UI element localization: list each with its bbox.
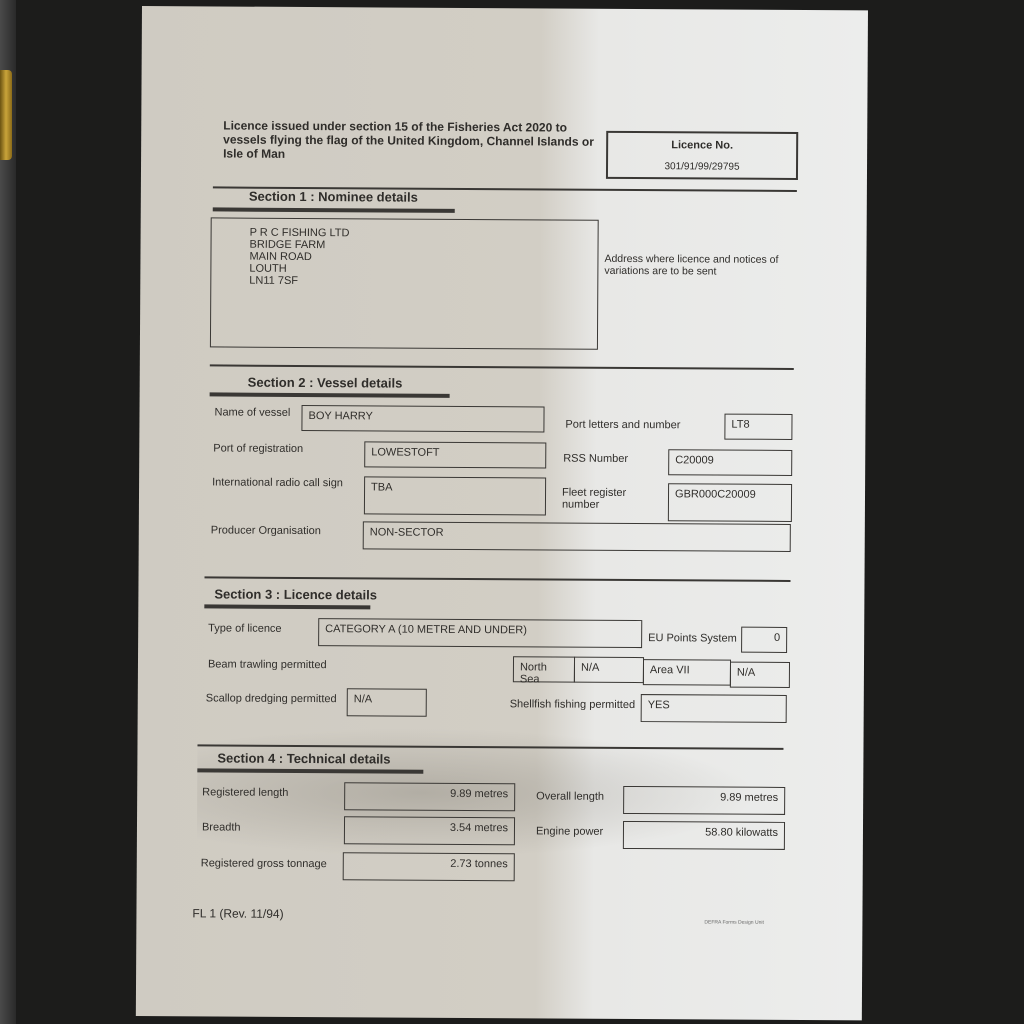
engine-power-field: 58.80 kilowatts [623,821,785,850]
section3-underline [204,604,370,609]
licence-intro: Licence issued under section 15 of the F… [223,118,603,162]
address-note: Address where licence and notices of var… [604,253,794,278]
licence-number: 301/91/99/29795 [608,161,796,173]
eu-points-label: EU Points System [648,632,737,645]
scallop-label: Scallop dredging permitted [206,692,337,705]
section4-underline [197,768,423,773]
section2-underline [210,392,450,397]
licence-type-field: CATEGORY A (10 METRE AND UNDER) [318,618,642,648]
overall-length-field: 9.89 metres [623,786,785,815]
section2-title: Section 2 : Vessel details [248,375,403,391]
engine-power-label: Engine power [536,825,603,837]
eu-points-field: 0 [741,627,787,653]
shellfish-field: YES [641,694,787,723]
gross-tonnage-field: 2.73 tonnes [343,852,515,881]
port-letters-field: LT8 [724,414,792,440]
section4-rule [197,744,783,750]
gross-tonnage-label: Registered gross tonnage [201,857,327,870]
registered-length-field: 9.89 metres [344,782,515,811]
producer-org-field: NON-SECTOR [363,521,791,552]
vessel-name-label: Name of vessel [214,406,290,418]
shellfish-label: Shellfish fishing permitted [510,698,635,711]
area-vii-label: Area VII [643,659,731,686]
north-sea-label: North Sea [513,656,575,682]
breadth-field: 3.54 metres [344,816,515,845]
north-sea-field: N/A [574,657,644,683]
nominee-address-box: P R C FISHING LTD BRIDGE FARM MAIN ROAD … [210,217,599,349]
licence-document: Licence issued under section 15 of the F… [136,6,868,1020]
licence-number-box: Licence No. 301/91/99/29795 [606,131,798,180]
section3-rule [205,576,791,582]
port-letters-label: Port letters and number [565,419,680,432]
fleet-register-label: Fleet register number [562,487,642,511]
radio-call-sign-label: International radio call sign [212,476,343,489]
section1-underline [213,207,455,212]
scallop-field: N/A [347,688,427,716]
overall-length-label: Overall length [536,790,604,802]
address-line: MAIN ROAD [249,251,559,265]
port-registration-label: Port of registration [213,442,303,455]
producer-org-label: Producer Organisation [211,524,321,537]
licence-type-label: Type of licence [208,622,281,634]
rss-field: C20009 [668,449,792,476]
design-unit: DEFRA Forms Design Unit [704,919,764,925]
rss-label: RSS Number [563,453,628,465]
port-registration-field: LOWESTOFT [364,441,546,468]
vessel-name-field: BOY HARRY [301,405,544,432]
area-vii-field: N/A [730,662,790,688]
form-code: FL 1 (Rev. 11/94) [192,906,283,921]
radio-call-sign-field: TBA [364,476,546,515]
licence-number-label: Licence No. [608,139,796,152]
breadth-label: Breadth [202,821,241,833]
fleet-register-field: GBR000C20009 [668,483,792,522]
beam-trawling-label: Beam trawling permitted [208,658,327,671]
section1-title: Section 1 : Nominee details [249,189,418,205]
section2-rule [210,364,794,370]
section3-title: Section 3 : Licence details [214,586,377,602]
address-line: LN11 7SF [249,275,559,289]
section4-title: Section 4 : Technical details [217,750,390,766]
binder-ring [0,70,12,160]
registered-length-label: Registered length [202,786,288,799]
